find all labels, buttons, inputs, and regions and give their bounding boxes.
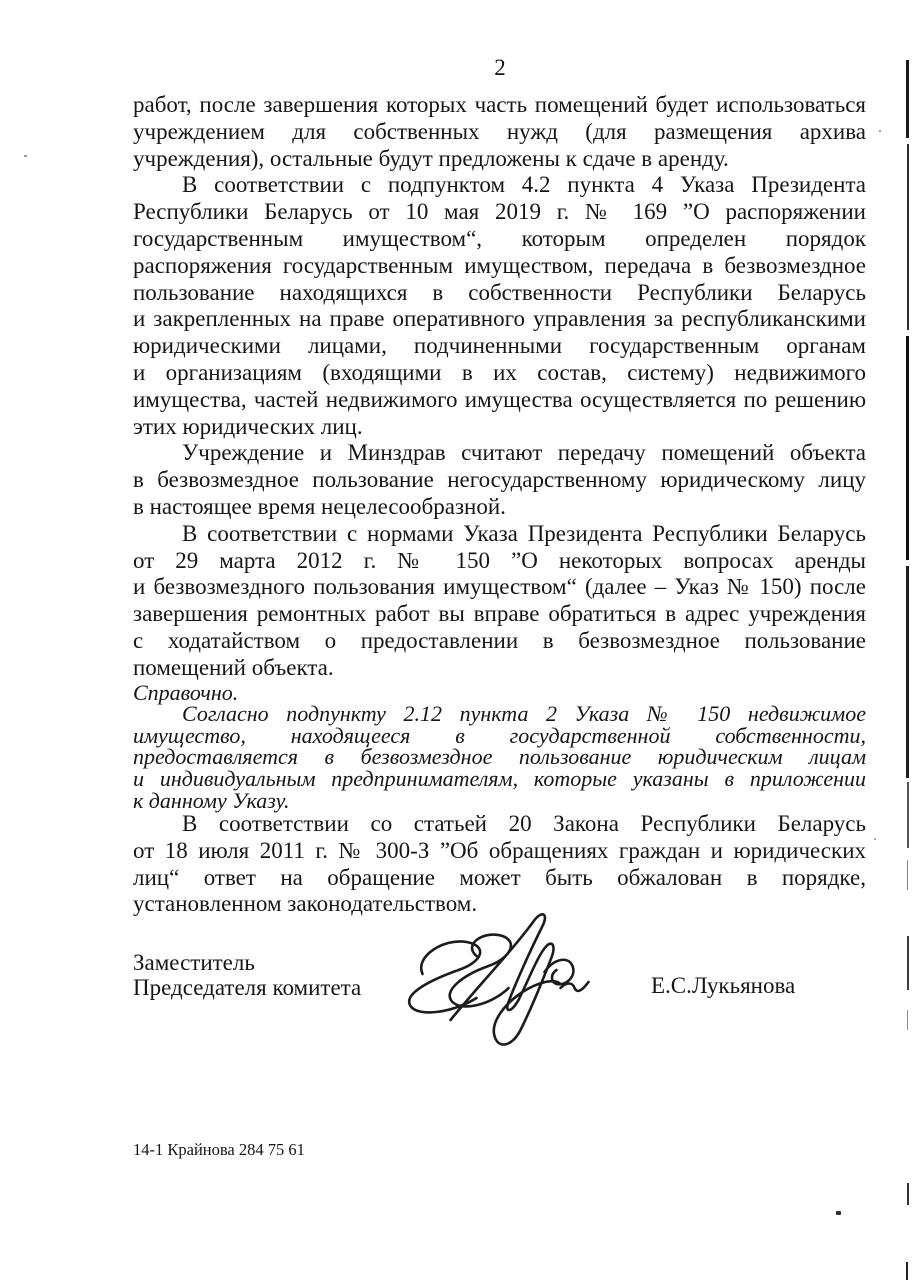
text-line: в настоящее время нецелесообразной. bbox=[133, 494, 866, 521]
scan-artifact-line bbox=[907, 1183, 909, 1205]
paragraph: В соответствии с нормами Указа Президент… bbox=[133, 521, 866, 682]
document-body: работ, после завершения которых часть по… bbox=[133, 92, 866, 918]
text-line: юридическими лицами, подчиненными госуда… bbox=[133, 333, 866, 360]
text-line: и индивидуальным предпринимателям, котор… bbox=[133, 768, 866, 790]
signatory-title-line-1: Заместитель bbox=[133, 951, 361, 976]
scan-artifact-speck bbox=[836, 1211, 841, 1215]
scan-artifact-line bbox=[907, 782, 909, 848]
paragraph: Справочно. bbox=[133, 682, 866, 704]
text-line: работ, после завершения которых часть по… bbox=[133, 92, 866, 119]
executor-reference: 14-1 Крайнова 284 75 61 bbox=[133, 1140, 305, 1160]
text-line: государственным имуществом“, которым опр… bbox=[133, 226, 866, 253]
text-line: Учреждение и Минздрав считают передачу п… bbox=[133, 440, 866, 467]
text-line: учреждения), остальные будут предложены … bbox=[133, 146, 866, 173]
paragraph: Учреждение и Минздрав считают передачу п… bbox=[133, 440, 866, 520]
signatory-title-line-2: Председателя комитета bbox=[133, 976, 361, 1001]
text-line: В соответствии с нормами Указа Президент… bbox=[133, 521, 866, 548]
text-line: к данному Указу. bbox=[133, 790, 866, 812]
text-line: Согласно подпункту 2.12 пункта 2 Указа №… bbox=[133, 703, 866, 725]
scan-artifact-line bbox=[907, 144, 909, 330]
scan-artifact-line bbox=[906, 1262, 908, 1280]
text-line: и безвозмездного пользования имуществом“… bbox=[133, 574, 866, 601]
text-line: предоставляется в безвозмездное пользова… bbox=[133, 746, 866, 768]
scan-artifact-line bbox=[907, 1010, 908, 1030]
text-line: Справочно. bbox=[133, 682, 866, 704]
text-line: имущество, находящееся в государственной… bbox=[133, 725, 866, 747]
signatory-name: Е.С.Лукьянова bbox=[651, 973, 795, 999]
scan-artifact-speck bbox=[879, 130, 881, 132]
text-line: и организациям (входящими в их состав, с… bbox=[133, 360, 866, 387]
text-line: распоряжения государственным имуществом,… bbox=[133, 253, 866, 280]
signature-scribble-icon bbox=[390, 910, 600, 1050]
text-line: лиц“ ответ на обращение может быть обжал… bbox=[133, 865, 866, 892]
text-line: от 29 марта 2012 г. № 150 ”О некоторых в… bbox=[133, 548, 866, 575]
scan-artifact-speck bbox=[24, 155, 27, 157]
text-line: имущества, частей недвижимого имущества … bbox=[133, 387, 866, 414]
text-line: В соответствии со статьей 20 Закона Респ… bbox=[133, 811, 866, 838]
text-line: помещений объекта. bbox=[133, 655, 866, 682]
paragraph: Согласно подпункту 2.12 пункта 2 Указа №… bbox=[133, 703, 866, 811]
text-line: в безвозмездное пользование негосударств… bbox=[133, 467, 866, 494]
scan-artifact-line bbox=[906, 566, 909, 778]
text-line: В соответствии с подпунктом 4.2 пункта 4… bbox=[133, 172, 866, 199]
paragraph: В соответствии с подпунктом 4.2 пункта 4… bbox=[133, 172, 866, 440]
scan-artifact-line bbox=[906, 336, 909, 560]
scan-artifact-line bbox=[907, 936, 909, 990]
text-line: и закрепленных на праве оперативного упр… bbox=[133, 306, 866, 333]
text-line: Республики Беларусь от 10 мая 2019 г. № … bbox=[133, 199, 866, 226]
paragraph: работ, после завершения которых часть по… bbox=[133, 92, 866, 172]
text-line: этих юридических лиц. bbox=[133, 414, 866, 441]
scan-artifact-line bbox=[906, 60, 909, 138]
signature-block: Заместитель Председателя комитета bbox=[133, 951, 361, 1000]
text-line: учреждением для собственных нужд (для ра… bbox=[133, 119, 866, 146]
scan-artifact-line bbox=[907, 860, 908, 890]
text-line: пользование находящихся в собственности … bbox=[133, 280, 866, 307]
scan-artifact-speck bbox=[874, 838, 876, 840]
text-line: завершения ремонтных работ вы вправе обр… bbox=[133, 601, 866, 628]
text-line: с ходатайством о предоставлении в безвоз… bbox=[133, 628, 866, 655]
text-line: от 18 июля 2011 г. № 300-З ”Об обращения… bbox=[133, 838, 866, 865]
scanned-letter-page: 2 работ, после завершения которых часть … bbox=[0, 0, 912, 1280]
page-number: 2 bbox=[455, 55, 545, 81]
paragraph: В соответствии со статьей 20 Закона Респ… bbox=[133, 811, 866, 918]
